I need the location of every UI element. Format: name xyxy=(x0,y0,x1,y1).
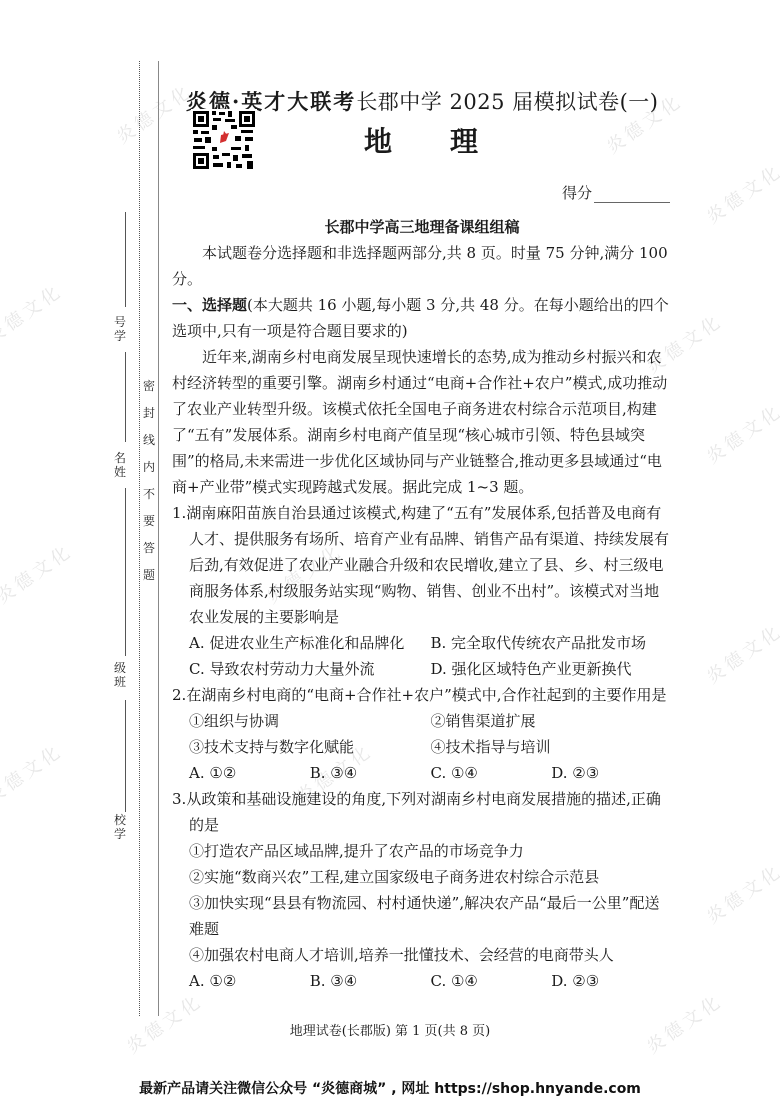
subject-char: 地 xyxy=(364,120,392,160)
field-label: 学 xyxy=(112,330,128,344)
seal-notice: 密 封 线 内 不 要 答 题 xyxy=(141,380,157,596)
watermark: 炎德文化 xyxy=(111,77,198,149)
exam-content: 长郡中学高三地理备课组组稿 本试题卷分选择题和非选择题两部分,共 8 页。时量 … xyxy=(172,214,672,994)
field-label: 号 xyxy=(112,316,128,330)
option-d[interactable]: D. 强化区域特色产业更新换代 xyxy=(431,656,673,682)
statement: ①组织与协调 xyxy=(189,708,431,734)
statement: ④技术指导与培训 xyxy=(431,734,673,760)
statement: ②销售渠道扩展 xyxy=(431,708,673,734)
seal-char: 题 xyxy=(141,569,157,596)
class-line[interactable] xyxy=(125,488,126,656)
option-a[interactable]: A. ①② xyxy=(189,760,310,786)
question-text: 从政策和基础设施建设的角度,下列对湖南乡村电商发展措施的描述,正确的是 xyxy=(186,790,661,834)
student-id-field: 号学 xyxy=(112,316,128,344)
question-text: 在湖南乡村电商的“电商+合作社+农户”模式中,合作社起到的主要作用是 xyxy=(186,686,666,704)
option-a[interactable]: A. ①② xyxy=(189,968,310,994)
statement: ③技术支持与数字化赋能 xyxy=(189,734,431,760)
statement: ①打造农产品区域品牌,提升了农产品的市场竞争力 xyxy=(172,838,672,864)
field-label: 姓 xyxy=(112,466,128,480)
name-field: 名姓 xyxy=(112,452,128,480)
score-label: 得分 xyxy=(562,184,592,202)
promo-banner[interactable]: 最新产品请关注微信公众号 “炎德商城” , 网址 https://shop.hn… xyxy=(0,1078,780,1098)
question-stem: 3.从政策和基础设施建设的角度,下列对湖南乡村电商发展措施的描述,正确的是 xyxy=(172,786,672,838)
subject-title: 地理 xyxy=(364,120,478,160)
option-b[interactable]: B. ③④ xyxy=(310,760,431,786)
school-line[interactable] xyxy=(125,700,126,812)
field-label: 校 xyxy=(112,814,128,828)
option-c[interactable]: C. ①④ xyxy=(431,760,552,786)
watermark: 炎德文化 xyxy=(0,277,67,349)
field-label: 班 xyxy=(112,676,128,690)
question-number: 3. xyxy=(172,790,186,808)
option-b[interactable]: B. 完全取代传统农产品批发市场 xyxy=(431,630,673,656)
options-row: A. ①② B. ③④ C. ①④ D. ②③ xyxy=(172,968,672,994)
option-d[interactable]: D. ②③ xyxy=(551,760,672,786)
option-b[interactable]: B. ③④ xyxy=(310,968,431,994)
question-3: 3.从政策和基础设施建设的角度,下列对湖南乡村电商发展措施的描述,正确的是 ①打… xyxy=(172,786,672,994)
watermark: 炎德文化 xyxy=(0,537,77,609)
class-field: 级班 xyxy=(112,662,128,690)
seal-char: 密 xyxy=(141,380,157,407)
option-c[interactable]: C. ①④ xyxy=(431,968,552,994)
subject-char: 理 xyxy=(450,120,478,160)
student-id-line[interactable] xyxy=(125,212,126,307)
school-field: 校学 xyxy=(112,814,128,842)
question-1: 1.湖南麻阳苗族自治县通过该模式,构建了“五有”发展体系,包括普及电商有人才、提… xyxy=(172,500,672,682)
option-c[interactable]: C. 导致农村劳动力大量外流 xyxy=(189,656,431,682)
options-row: C. 导致农村劳动力大量外流 D. 强化区域特色产业更新换代 xyxy=(172,656,672,682)
section-title: 一、选择题 xyxy=(172,296,247,314)
section-heading: 一、选择题(本大题共 16 小题,每小题 3 分,共 48 分。在每小题给出的四… xyxy=(172,292,672,344)
watermark: 炎德文化 xyxy=(701,617,780,689)
margin-rule xyxy=(158,61,159,1016)
name-line[interactable] xyxy=(125,352,126,442)
option-d[interactable]: D. ②③ xyxy=(551,968,672,994)
question-number: 1. xyxy=(172,504,186,522)
score-field: 得分 xyxy=(562,182,670,203)
statement: ③加快实现“县县有物流园、村村通快递”,解决农产品“最后一公里”配送难题 xyxy=(172,890,672,942)
reading-passage: 近年来,湖南乡村电商发展呈现快速增长的态势,成为推动乡村振兴和农村经济转型的重要… xyxy=(172,344,672,500)
seal-char: 内 xyxy=(141,461,157,488)
watermark: 炎德文化 xyxy=(701,397,780,469)
field-label: 学 xyxy=(112,828,128,842)
watermark: 炎德文化 xyxy=(701,857,780,929)
option-a[interactable]: A. 促进农业生产标准化和品牌化 xyxy=(189,630,431,656)
question-2: 2.在湖南乡村电商的“电商+合作社+农户”模式中,合作社起到的主要作用是 ①组织… xyxy=(172,682,672,786)
options-row: A. 促进农业生产标准化和品牌化 B. 完全取代传统农产品批发市场 xyxy=(172,630,672,656)
field-label: 名 xyxy=(112,452,128,466)
statements-row: ①组织与协调 ②销售渠道扩展 xyxy=(172,708,672,734)
score-blank[interactable] xyxy=(594,186,670,203)
statement: ④加强农村电商人才培训,培养一批懂技术、会经营的电商带头人 xyxy=(172,942,672,968)
watermark: 炎德文化 xyxy=(701,157,780,229)
exam-description: 本试题卷分选择题和非选择题两部分,共 8 页。时量 75 分钟,满分 100 分… xyxy=(172,240,672,292)
question-stem: 2.在湖南乡村电商的“电商+合作社+农户”模式中,合作社起到的主要作用是 xyxy=(172,682,672,708)
statements-row: ③技术支持与数字化赋能 ④技术指导与培训 xyxy=(172,734,672,760)
question-text: 湖南麻阳苗族自治县通过该模式,构建了“五有”发展体系,包括普及电商有人才、提供服… xyxy=(186,504,669,626)
seal-char: 线 xyxy=(141,434,157,461)
seal-char: 封 xyxy=(141,407,157,434)
options-row: A. ①② B. ③④ C. ①④ D. ②③ xyxy=(172,760,672,786)
seal-char: 答 xyxy=(141,542,157,569)
exam-name: 长郡中学 2025 届模拟试卷(一) xyxy=(356,90,658,114)
section-instructions: (本大题共 16 小题,每小题 3 分,共 48 分。在每小题给出的四个选项中,… xyxy=(172,296,669,340)
seal-char: 不 xyxy=(141,488,157,515)
question-number: 2. xyxy=(172,686,186,704)
fold-line-dotted xyxy=(139,61,140,1016)
compiler-line: 长郡中学高三地理备课组组稿 xyxy=(172,214,672,240)
question-stem: 1.湖南麻阳苗族自治县通过该模式,构建了“五有”发展体系,包括普及电商有人才、提… xyxy=(172,500,672,630)
seal-char: 要 xyxy=(141,515,157,542)
statement: ②实施“数商兴农”工程,建立国家级电子商务进农村综合示范县 xyxy=(172,864,672,890)
field-label: 级 xyxy=(112,662,128,676)
page-footer: 地理试卷(长郡版) 第 1 页(共 8 页) xyxy=(0,1020,780,1039)
qr-code-icon[interactable] xyxy=(191,109,257,171)
watermark: 炎德文化 xyxy=(0,737,67,809)
